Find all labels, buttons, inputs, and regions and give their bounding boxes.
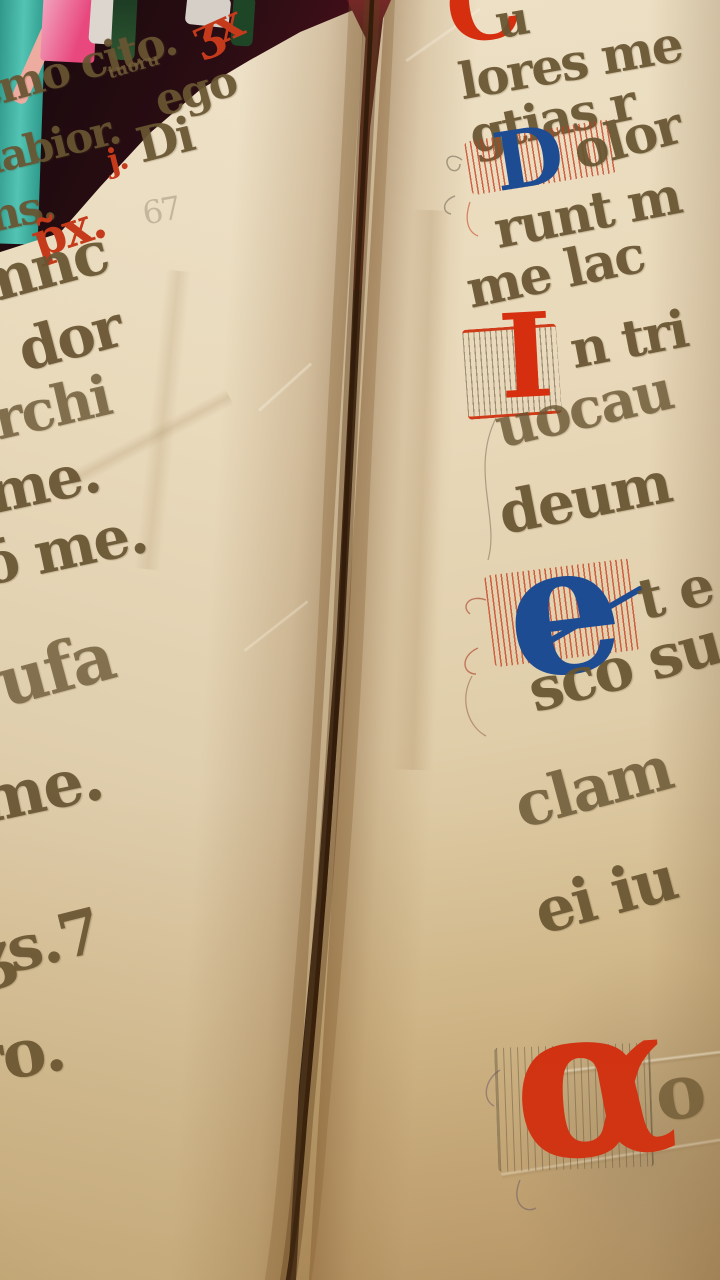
manuscript-text-run: o [650, 1051, 709, 1133]
penwork-flourish [447, 156, 462, 170]
manuscript-text-run: ro. [0, 1014, 69, 1095]
manuscript-photo: ʒx ucmo cito. tuoru ego a labior. j. Di … [0, 0, 720, 1280]
penwork-flourish [445, 196, 455, 214]
penwork-flourish [467, 202, 478, 236]
penwork-flourish [465, 648, 478, 674]
penwork-flourish [466, 598, 486, 614]
manuscript-text-run: Di [132, 110, 198, 170]
manuscript-text-run: u [492, 0, 531, 45]
penwork-flourish [466, 676, 486, 736]
pencil-note: 67 [140, 192, 182, 230]
